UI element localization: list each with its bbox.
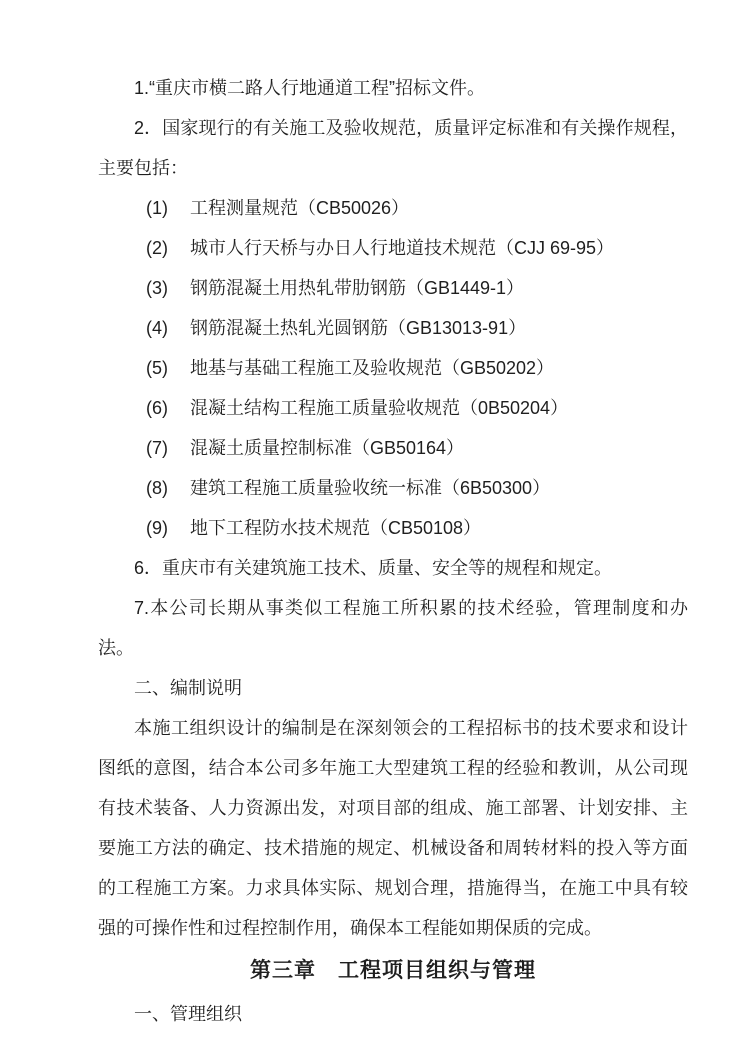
closing-paragraph-7: 7.本公司长期从事类似工程施工所积累的技术经验，管理制度和办法。: [98, 588, 688, 668]
spec-item-number: (7): [146, 428, 190, 468]
spec-item-number: (8): [146, 468, 190, 508]
section2-body-paragraph: 本施工组织设计的编制是在深刻领会的工程招标书的技术要求和设计图纸的意图，结合本公…: [98, 708, 688, 948]
spec-list-item: (2)城市人行天桥与办日人行地道技术规范（CJJ 69-95）: [98, 228, 688, 268]
spec-list-item: (1)工程测量规范（CB50026）: [98, 188, 688, 228]
spec-item-number: (5): [146, 348, 190, 388]
spec-item-number: (2): [146, 228, 190, 268]
intro-paragraph-1: 1.“重庆市横二路人行地通道工程”招标文件。: [98, 68, 688, 108]
spec-list-item: (9)地下工程防水技术规范（CB50108）: [98, 508, 688, 548]
document-page: 1.“重庆市横二路人行地通道工程”招标文件。 2．国家现行的有关施工及验收规范，…: [0, 0, 744, 1052]
spec-list-item: (3)钢筋混凝土用热轧带肋钢筋（GB1449-1）: [98, 268, 688, 308]
spec-item-text: 混凝土结构工程施工质量验收规范（0B50204）: [190, 398, 568, 418]
spec-item-number: (6): [146, 388, 190, 428]
spec-item-number: (4): [146, 308, 190, 348]
section2-heading: 二、编制说明: [98, 668, 688, 708]
spec-item-text: 工程测量规范（CB50026）: [190, 198, 409, 218]
spec-list-item: (7)混凝土质量控制标准（GB50164）: [98, 428, 688, 468]
spec-list: (1)工程测量规范（CB50026） (2)城市人行天桥与办日人行地道技术规范（…: [98, 188, 688, 548]
closing-paragraph-6: 6．重庆市有关建筑施工技术、质量、安全等的规程和规定。: [98, 548, 688, 588]
spec-item-text: 钢筋混凝土热轧光圆钢筋（GB13013-91）: [190, 318, 526, 338]
spec-list-item: (5)地基与基础工程施工及验收规范（GB50202）: [98, 348, 688, 388]
spec-item-number: (9): [146, 508, 190, 548]
spec-item-text: 混凝土质量控制标准（GB50164）: [190, 438, 464, 458]
spec-list-item: (4)钢筋混凝土热轧光圆钢筋（GB13013-91）: [98, 308, 688, 348]
spec-item-text: 城市人行天桥与办日人行地道技术规范（CJJ 69-95）: [190, 238, 614, 258]
spec-item-number: (1): [146, 188, 190, 228]
chapter-heading: 第三章 工程项目组织与管理: [98, 948, 688, 994]
intro-paragraph-2: 2．国家现行的有关施工及验收规范，质量评定标准和有关操作规程，主要包括：: [98, 108, 688, 188]
spec-item-text: 地下工程防水技术规范（CB50108）: [190, 518, 481, 538]
section-heading-management: 一、管理组织: [98, 994, 688, 1034]
spec-list-item: (8)建筑工程施工质量验收统一标准（6B50300）: [98, 468, 688, 508]
spec-item-text: 建筑工程施工质量验收统一标准（6B50300）: [190, 478, 550, 498]
spec-item-text: 钢筋混凝土用热轧带肋钢筋（GB1449-1）: [190, 278, 524, 298]
spec-list-item: (6)混凝土结构工程施工质量验收规范（0B50204）: [98, 388, 688, 428]
spec-item-text: 地基与基础工程施工及验收规范（GB50202）: [190, 358, 554, 378]
spec-item-number: (3): [146, 268, 190, 308]
